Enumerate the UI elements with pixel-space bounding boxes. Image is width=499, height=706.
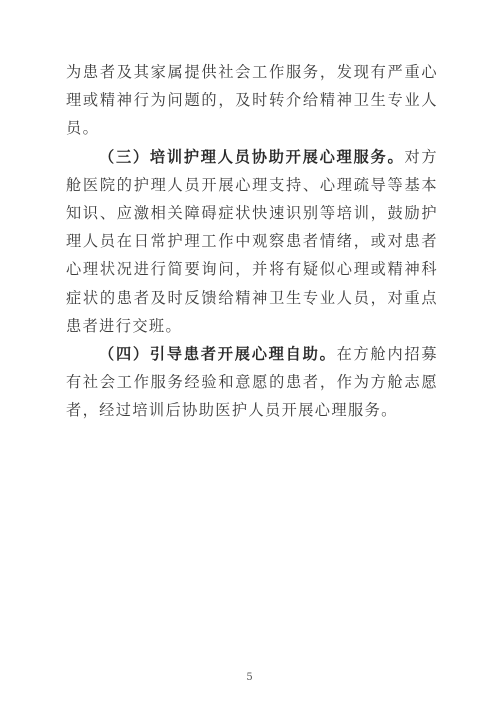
paragraph-continuation: 为患者及其家属提供社会工作服务，发现有严重心理或精神行为问题的，及时转介给精神卫… — [66, 58, 438, 143]
document-body: 为患者及其家属提供社会工作服务，发现有严重心理或精神行为问题的，及时转介给精神卫… — [66, 58, 438, 425]
paragraph-text: 为患者及其家属提供社会工作服务，发现有严重心理或精神行为问题的，及时转介给精神卫… — [66, 63, 438, 137]
paragraph-text: 对方舱医院的护理人员开展心理支持、心理疏导等基本知识、应激相关障碍症状快速识别等… — [66, 148, 438, 335]
paragraph-section-3: （三）培训护理人员协助开展心理服务。对方舱医院的护理人员开展心理支持、心理疏导等… — [66, 143, 438, 340]
section-heading: （四）引导患者开展心理自助。 — [99, 345, 337, 363]
paragraph-section-4: （四）引导患者开展心理自助。在方舱内招募有社会工作服务经验和意愿的患者，作为方舱… — [66, 340, 438, 425]
document-page: 为患者及其家属提供社会工作服务，发现有严重心理或精神行为问题的，及时转介给精神卫… — [0, 0, 499, 706]
page-number: 5 — [0, 672, 499, 683]
section-heading: （三）培训护理人员协助开展心理服务。 — [99, 148, 404, 166]
